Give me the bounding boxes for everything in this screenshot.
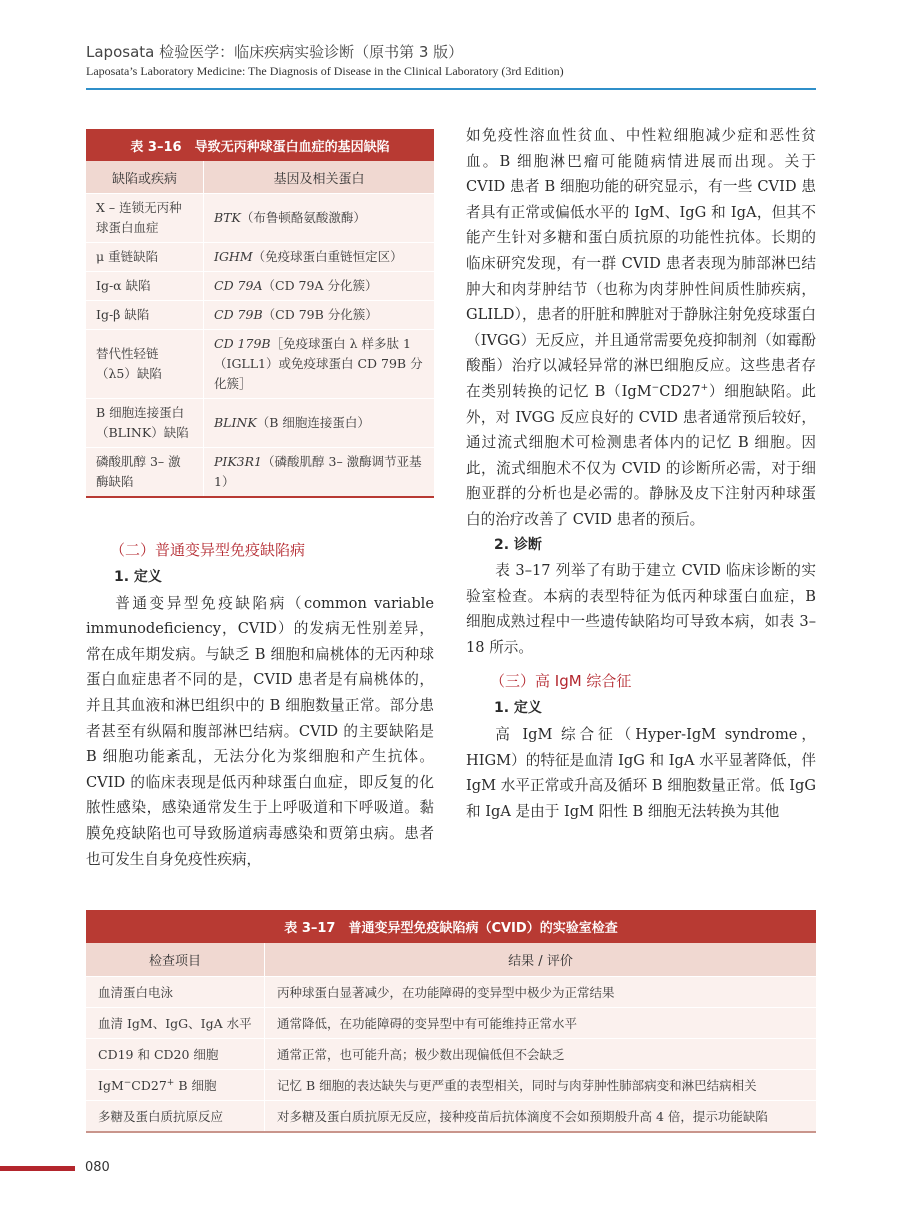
table-3-17: 表 3–17 普通变异型免疫缺陷病（CVID）的实验室检查 检查项目 结果 / … xyxy=(86,910,816,1133)
table-row: Ig-β 缺陷 CD 79B（CD 79B 分化簇） xyxy=(86,301,434,330)
item-cell: 多糖及蛋白质抗原反应 xyxy=(86,1101,265,1133)
page-number: 080 xyxy=(85,1160,110,1175)
paragraph: 表 3–17 列举了有助于建立 CVID 临床诊断的实验室检查。本病的表型特征为… xyxy=(466,558,816,660)
gene-cell: BTK（布鲁顿酪氨酸激酶） xyxy=(204,194,435,243)
gene-cell: CD 179B［免疫球蛋白 λ 样多肽 1（IGLL1）或免疫球蛋白 CD 79… xyxy=(204,330,435,399)
defect-cell: B 细胞连接蛋白（BLINK）缺陷 xyxy=(86,399,204,448)
section-heading-higm: （三）高 IgM 综合征 xyxy=(490,668,816,694)
subheading-diagnosis: 2. 诊断 xyxy=(494,533,816,559)
book-title-en: Laposata’s Laboratory Medicine: The Diag… xyxy=(86,63,816,79)
result-cell: 通常正常，也可能升高；极少数出现偏低但不会缺乏 xyxy=(265,1039,817,1070)
result-cell: 记忆 B 细胞的表达缺失与更严重的表型相关，同时与肉芽肿性肺部病变和淋巴结病相关 xyxy=(265,1070,817,1101)
table-row: 血清 IgM、IgG、IgA 水平 通常降低，在功能障碍的变异型中有可能维持正常… xyxy=(86,1008,816,1039)
paragraph: 如免疫性溶血性贫血、中性粒细胞减少症和恶性贫血。B 细胞淋巴瘤可能随病情进展而出… xyxy=(466,123,816,533)
table-3-16: 表 3–16 导致无丙种球蛋白血症的基因缺陷 缺陷或疾病 基因及相关蛋白 X –… xyxy=(86,129,434,498)
item-cell: 血清蛋白电泳 xyxy=(86,977,265,1008)
item-cell: 血清 IgM、IgG、IgA 水平 xyxy=(86,1008,265,1039)
table-row: B 细胞连接蛋白（BLINK）缺陷 BLINK（B 细胞连接蛋白） xyxy=(86,399,434,448)
gene-cell: IGHM（免疫球蛋白重链恒定区） xyxy=(204,243,435,272)
paragraph: 高 IgM 综合征（Hyper-IgM syndrome，HIGM）的特征是血清… xyxy=(466,722,816,824)
gene-cell: CD 79B（CD 79B 分化簇） xyxy=(204,301,435,330)
result-cell: 对多糖及蛋白质抗原无反应，接种疫苗后抗体滴度不会如预期般升高 4 倍，提示功能缺… xyxy=(265,1101,817,1133)
result-cell: 通常降低，在功能障碍的变异型中有可能维持正常水平 xyxy=(265,1008,817,1039)
defect-cell: 磷酸肌醇 3– 激酶缺陷 xyxy=(86,448,204,498)
header-divider xyxy=(86,88,816,90)
table-row: 替代性轻链（λ5）缺陷 CD 179B［免疫球蛋白 λ 样多肽 1（IGLL1）… xyxy=(86,330,434,399)
item-cell: IgM−CD27+ B 细胞 xyxy=(86,1070,265,1101)
table-row: X – 连锁无丙种球蛋白血症 BTK（布鲁顿酪氨酸激酶） xyxy=(86,194,434,243)
book-title-cn: Laposata 检验医学：临床疾病实验诊断（原书第 3 版） xyxy=(86,42,816,62)
table-row: Ig-α 缺陷 CD 79A（CD 79A 分化簇） xyxy=(86,272,434,301)
table-row: 磷酸肌醇 3– 激酶缺陷 PIK3R1（磷酸肌醇 3– 激酶调节亚基 1） xyxy=(86,448,434,498)
column-header: 结果 / 评价 xyxy=(265,943,817,977)
table-row: 多糖及蛋白质抗原反应 对多糖及蛋白质抗原无反应，接种疫苗后抗体滴度不会如预期般升… xyxy=(86,1101,816,1133)
table-caption: 表 3–16 导致无丙种球蛋白血症的基因缺陷 xyxy=(86,129,434,161)
right-text-column: 如免疫性溶血性贫血、中性粒细胞减少症和恶性贫血。B 细胞淋巴瘤可能随病情进展而出… xyxy=(466,123,816,824)
subheading-definition: 1. 定义 xyxy=(494,696,816,722)
column-header: 检查项目 xyxy=(86,943,265,977)
table-row: μ 重链缺陷 IGHM（免疫球蛋白重链恒定区） xyxy=(86,243,434,272)
result-cell: 丙种球蛋白显著减少，在功能障碍的变异型中极少为正常结果 xyxy=(265,977,817,1008)
item-cell: CD19 和 CD20 细胞 xyxy=(86,1039,265,1070)
table-row: IgM−CD27+ B 细胞 记忆 B 细胞的表达缺失与更严重的表型相关，同时与… xyxy=(86,1070,816,1101)
column-header: 基因及相关蛋白 xyxy=(204,161,435,194)
footer-accent-bar xyxy=(0,1166,75,1171)
defect-cell: μ 重链缺陷 xyxy=(86,243,204,272)
gene-cell: CD 79A（CD 79A 分化簇） xyxy=(204,272,435,301)
subheading-definition: 1. 定义 xyxy=(114,565,434,591)
defect-cell: Ig-α 缺陷 xyxy=(86,272,204,301)
paragraph: 普通变异型免疫缺陷病（common variable immunodeficie… xyxy=(86,591,434,873)
defect-cell: X – 连锁无丙种球蛋白血症 xyxy=(86,194,204,243)
gene-cell: PIK3R1（磷酸肌醇 3– 激酶调节亚基 1） xyxy=(204,448,435,498)
column-header: 缺陷或疾病 xyxy=(86,161,204,194)
left-text-column: （二）普通变异型免疫缺陷病 1. 定义 普通变异型免疫缺陷病（common va… xyxy=(86,537,434,872)
table-row: CD19 和 CD20 细胞 通常正常，也可能升高；极少数出现偏低但不会缺乏 xyxy=(86,1039,816,1070)
defect-cell: 替代性轻链（λ5）缺陷 xyxy=(86,330,204,399)
section-heading-cvid: （二）普通变异型免疫缺陷病 xyxy=(110,537,434,563)
gene-cell: BLINK（B 细胞连接蛋白） xyxy=(204,399,435,448)
table-caption: 表 3–17 普通变异型免疫缺陷病（CVID）的实验室检查 xyxy=(86,910,816,943)
table-row: 血清蛋白电泳 丙种球蛋白显著减少，在功能障碍的变异型中极少为正常结果 xyxy=(86,977,816,1008)
running-header: Laposata 检验医学：临床疾病实验诊断（原书第 3 版） Laposata… xyxy=(86,42,816,79)
defect-cell: Ig-β 缺陷 xyxy=(86,301,204,330)
